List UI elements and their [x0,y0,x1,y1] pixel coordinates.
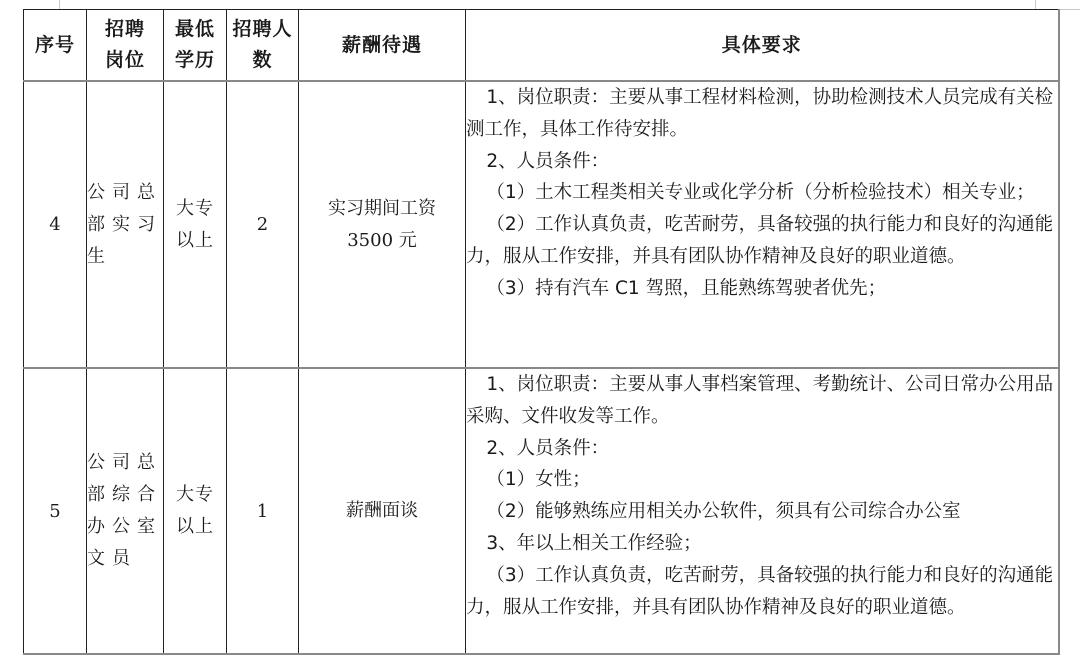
row-requirements: 1、岗位职责：主要从事工程材料检测，协助检测技术人员完成有关检测工作，具体工作待… [466,81,1059,368]
table-row: 5 公司总 部综合 办公室 文员 大专 以上 1 薪酬面谈 1、岗位职责：主要从… [24,368,1059,654]
row-position: 公司总 部综合 办公室 文员 [87,368,164,654]
header-index: 序号 [24,10,87,82]
requirement-item: 2、人员条件： [466,146,1058,178]
row-education: 大专 以上 [164,81,227,368]
header-position: 招聘 岗位 [87,10,164,82]
crop-mark-top-right [1035,0,1036,9]
header-salary: 薪酬待遇 [299,10,466,82]
header-count: 招聘人 数 [227,10,299,82]
table-header-row: 序号 招聘 岗位 最低 学历 招聘人 数 薪酬待遇 具体要求 [24,10,1059,82]
requirement-item: 2、人员条件： [466,433,1058,465]
row-index: 4 [24,81,87,368]
header-education: 最低 学历 [164,10,227,82]
table-row: 4 公司总 部实习 生 大专 以上 2 实习期间工资 3500 元 1、岗位职责… [24,81,1059,368]
row-education: 大专 以上 [164,368,227,654]
requirement-item: 1、岗位职责：主要从事工程材料检测，协助检测技术人员完成有关检测工作，具体工作待… [466,82,1058,146]
row-requirements: 1、岗位职责：主要从事人事档案管理、考勤统计、公司日常办公用品采购、文件收发等工… [466,368,1059,654]
requirement-item: （1）女性； [466,464,1058,496]
row-count: 1 [227,368,299,654]
row-index: 5 [24,368,87,654]
requirement-item: 3、年以上相关工作经验； [466,528,1058,560]
requirement-item: 1、岗位职责：主要从事人事档案管理、考勤统计、公司日常办公用品采购、文件收发等工… [466,369,1058,433]
crop-mark-right [1058,9,1080,10]
requirement-item: （2）能够熟练应用相关办公软件，须具有公司综合办公室 [466,496,1058,528]
row-position: 公司总 部实习 生 [87,81,164,368]
row-count: 2 [227,81,299,368]
crop-mark-top-left [59,0,60,9]
requirement-item: （2）工作认真负责，吃苦耐劳，具备较强的执行能力和良好的沟通能力，服从工作安排，… [466,209,1058,273]
requirement-item: （3）持有汽车 C1 驾照，且能熟练驾驶者优先； [466,273,1058,305]
header-requirements: 具体要求 [466,10,1059,82]
recruitment-table: 序号 招聘 岗位 最低 学历 招聘人 数 薪酬待遇 具体要求 4 公司总 部实习… [23,9,1060,655]
row-salary: 实习期间工资 3500 元 [299,81,466,368]
row-salary: 薪酬面谈 [299,368,466,654]
requirement-item: （1）土木工程类相关专业或化学分析（分析检验技术）相关专业； [466,177,1058,209]
requirement-item: （3）工作认真负责，吃苦耐劳，具备较强的执行能力和良好的沟通能力，服从工作安排，… [466,560,1058,624]
